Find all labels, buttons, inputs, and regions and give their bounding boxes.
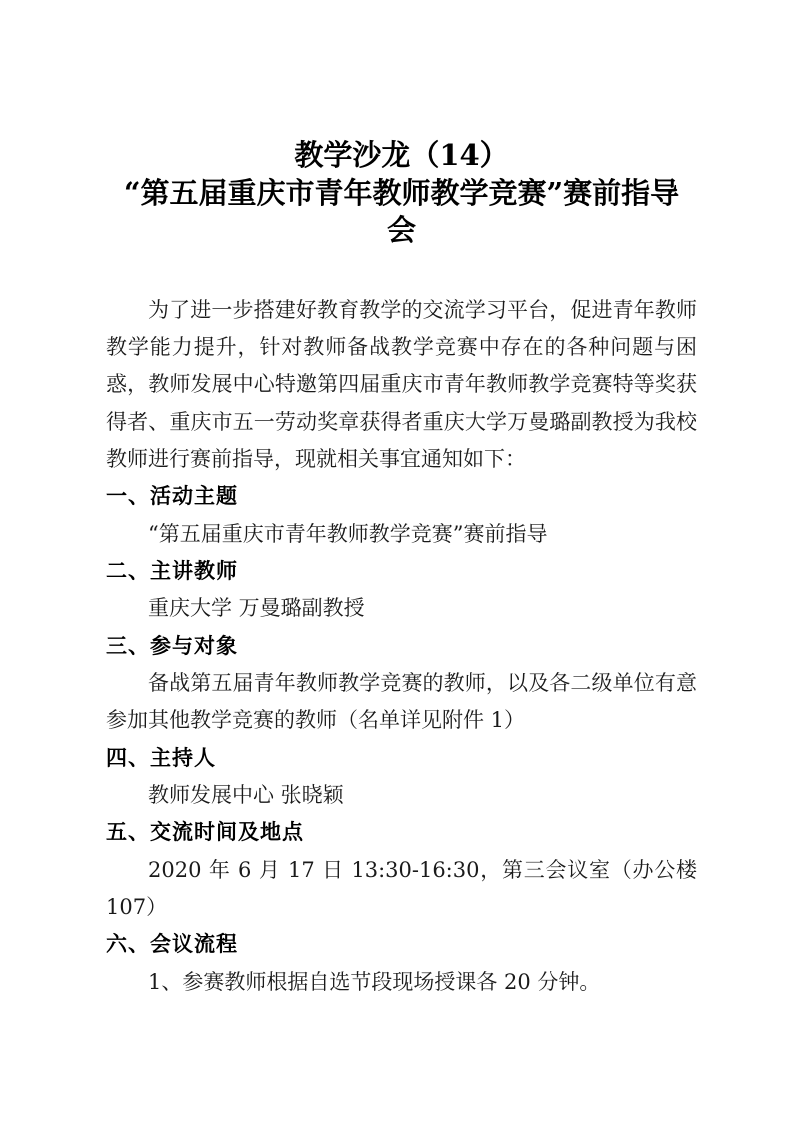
document-page: 教学沙龙（14） “第五届重庆市青年教师教学竞赛”赛前指导 会 为了进一步搭建好… [0,0,793,1122]
section-participants: 三、参与对象 备战第五届青年教师教学竞赛的教师，以及各二级单位有意参加其他教学竞… [106,628,697,740]
section-body: “第五届重庆市青年教师教学竞赛”赛前指导 [106,516,697,553]
section-activity-theme: 一、活动主题 “第五届重庆市青年教师教学竞赛”赛前指导 [106,478,697,553]
section-time-place: 五、交流时间及地点 2020 年 6 月 17 日 13:30-16:30，第三… [106,814,697,926]
section-heading: 二、主讲教师 [106,553,697,590]
title-line-3: 会 [106,212,697,250]
section-heading: 三、参与对象 [106,628,697,665]
title-line-2: “第五届重庆市青年教师教学竞赛”赛前指导 [106,175,697,213]
document-title: 教学沙龙（14） “第五届重庆市青年教师教学竞赛”赛前指导 会 [106,137,697,250]
section-body: 教师发展中心 张晓颖 [106,777,697,814]
section-lecturer: 二、主讲教师 重庆大学 万曼璐副教授 [106,553,697,628]
section-heading: 五、交流时间及地点 [106,814,697,851]
title-line-1: 教学沙龙（14） [106,137,697,175]
section-agenda: 六、会议流程 1、参赛教师根据自选节段现场授课各 20 分钟。 [106,926,697,1001]
section-heading: 六、会议流程 [106,926,697,963]
intro-paragraph: 为了进一步搭建好教育教学的交流学习平台，促进青年教师教学能力提升，针对教师备战教… [106,292,697,479]
section-heading: 四、主持人 [106,740,697,777]
section-host: 四、主持人 教师发展中心 张晓颖 [106,740,697,815]
section-body: 重庆大学 万曼璐副教授 [106,590,697,627]
document-content: 教学沙龙（14） “第五届重庆市青年教师教学竞赛”赛前指导 会 为了进一步搭建好… [106,137,697,1001]
section-body: 2020 年 6 月 17 日 13:30-16:30，第三会议室（办公楼 10… [106,852,697,927]
section-body: 1、参赛教师根据自选节段现场授课各 20 分钟。 [106,964,697,1001]
section-heading: 一、活动主题 [106,478,697,515]
section-body: 备战第五届青年教师教学竞赛的教师，以及各二级单位有意参加其他教学竞赛的教师（名单… [106,665,697,740]
